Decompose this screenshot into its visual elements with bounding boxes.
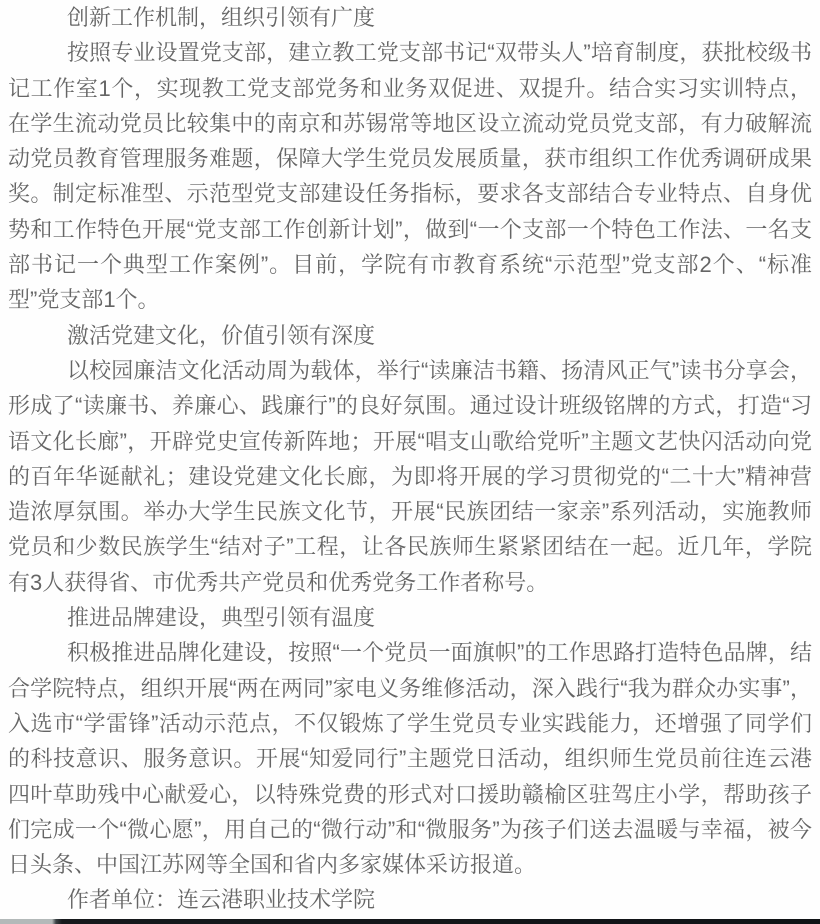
document-page: 创新工作机制，组织引领有广度 按照专业设置党支部，建立教工党支部书记“双带头人”… (0, 0, 820, 924)
section-heading-3: 推进品牌建设，典型引领有温度 (8, 600, 812, 635)
section-heading-2: 激活党建文化，价值引领有深度 (8, 318, 812, 353)
paragraph-1: 按照专业设置党支部，建立教工党支部书记“双带头人”培育制度，获批校级书记工作室1… (8, 35, 812, 317)
author-affiliation-line: 作者单位：连云港职业技术学院 (8, 882, 812, 917)
paragraph-3: 积极推进品牌化建设，按照“一个党员一面旗帜”的工作思路打造特色品牌，结合学院特点… (8, 635, 812, 882)
bottom-edge-bar (0, 919, 820, 924)
paragraph-2: 以校园廉洁文化活动周为载体，举行“读廉洁书籍、扬清风正气”读书分享会，形成了“读… (8, 353, 812, 600)
section-heading-1: 创新工作机制，组织引领有广度 (8, 0, 812, 35)
article-body: 创新工作机制，组织引领有广度 按照专业设置党支部，建立教工党支部书记“双带头人”… (0, 0, 820, 918)
